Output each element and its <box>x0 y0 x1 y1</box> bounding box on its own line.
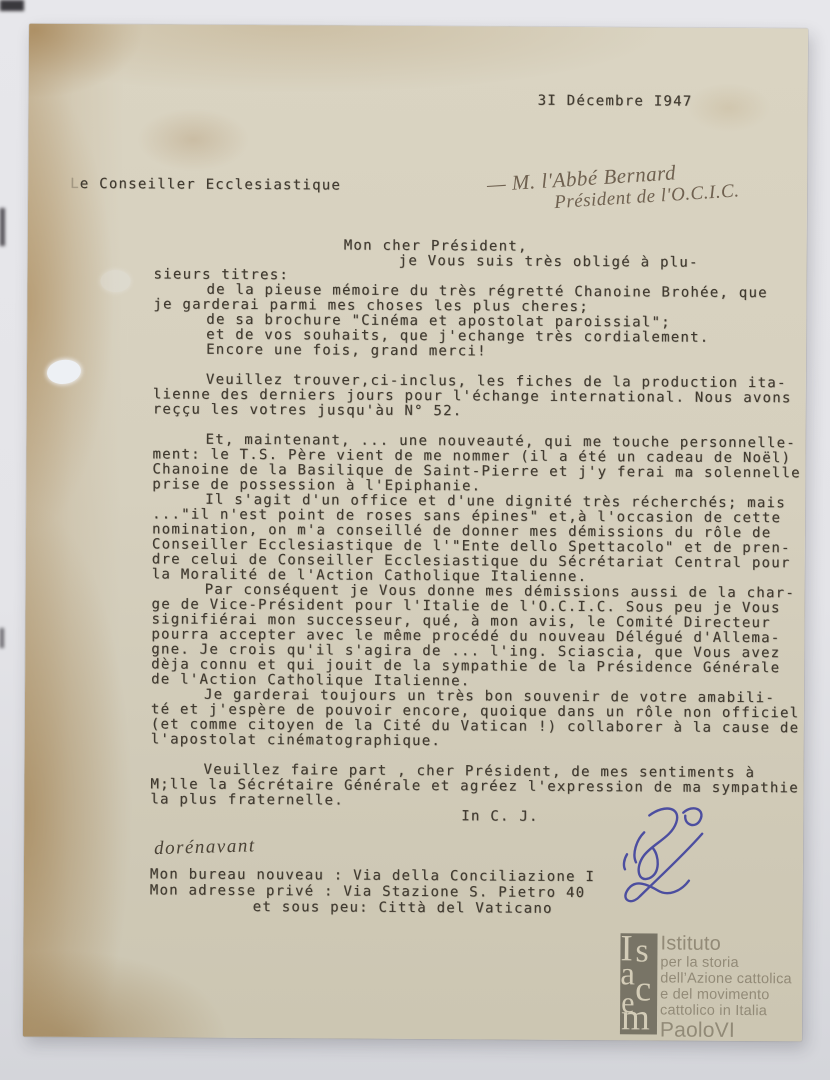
institute-name: Istituto per la storia dell’Azione catto… <box>660 934 792 1044</box>
address-block: Mon bureau nouveau : Via della Conciliaz… <box>150 866 596 917</box>
sender-label: Le Conseiller Ecclesiastique <box>70 176 341 194</box>
isacem-acronym: I s a c e m <box>620 933 658 1034</box>
letter-body: Mon cher Président,je Vous suis très obl… <box>150 237 814 826</box>
sender-label-text: e Conseiller Ecclesiastique <box>80 176 341 194</box>
handwritten-note: dorénavant <box>154 835 256 860</box>
institute-name-line: per la storia <box>660 955 792 972</box>
signature-ink <box>607 799 743 920</box>
institute-name-line: dell’Azione cattolica <box>660 971 792 988</box>
institute-name-line: PaoloVI <box>660 1019 792 1044</box>
typed-line: Mon adresse privé : Via Stazione S. Piet… <box>150 882 595 901</box>
scan-edge-artifact <box>0 628 4 648</box>
punch-hole-faint <box>100 270 130 292</box>
institute-name-line: Istituto <box>660 934 792 956</box>
punch-hole <box>46 358 83 386</box>
institute-name-line: e del movimento <box>660 987 792 1004</box>
sender-label-initial: L <box>70 176 80 192</box>
scan-edge-artifact <box>0 208 5 246</box>
letter-date: 3I Décembre I947 <box>538 93 693 110</box>
typed-line: et sous peu: Città del Vaticano <box>150 898 595 917</box>
recipient-annotation: — M. l'Abbé Bernard Président de l'O.C.I… <box>486 156 740 218</box>
isacem-watermark: I s a c e m Istituto per la storia dell’… <box>620 933 792 1043</box>
letter-page: 3I Décembre I947 Le Conseiller Ecclesias… <box>23 24 808 1042</box>
acronym-letter: s <box>635 934 648 968</box>
acronym-letter: m <box>621 999 650 1034</box>
institute-name-line: cattolico in Italia <box>660 1003 792 1020</box>
scan-edge-artifact <box>0 0 24 11</box>
